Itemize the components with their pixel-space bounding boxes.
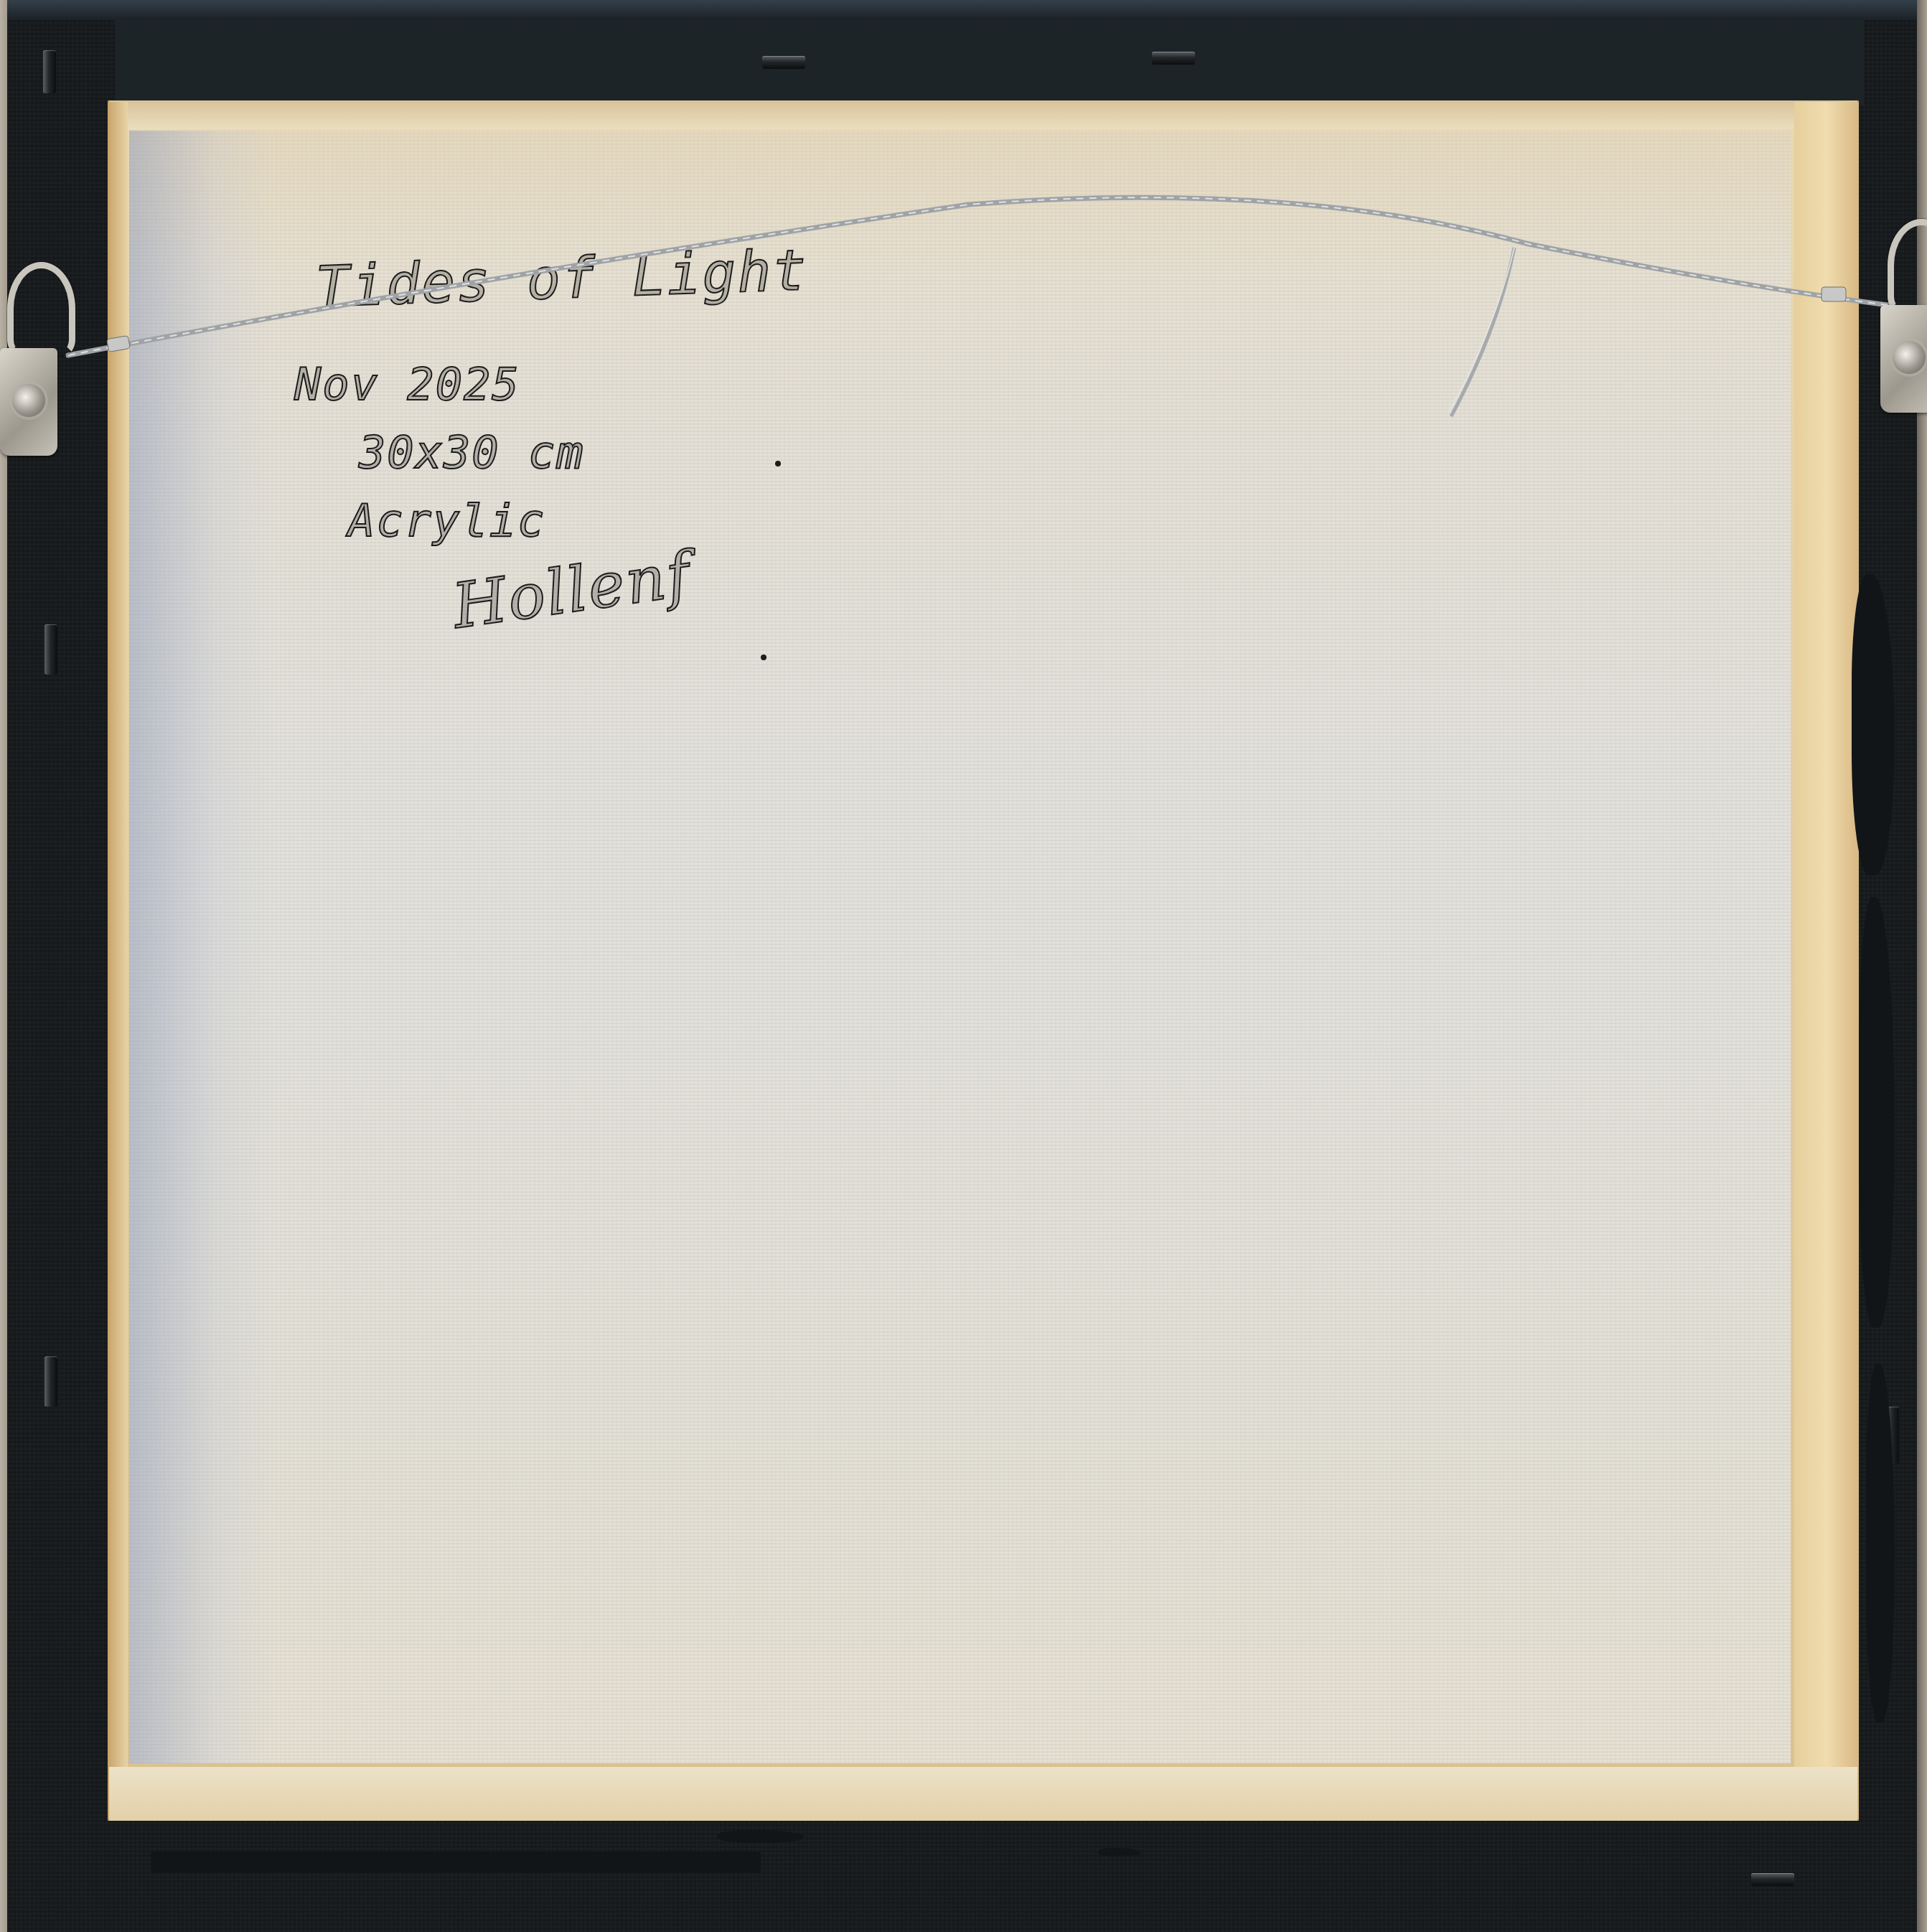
staple-icon bbox=[1152, 52, 1195, 65]
d-ring-hanger-left bbox=[0, 262, 86, 413]
staple-icon bbox=[44, 624, 57, 675]
frame-top-band bbox=[115, 20, 1864, 106]
stretcher-left-bar bbox=[108, 102, 128, 1819]
d-ring-icon bbox=[7, 262, 75, 355]
artwork-medium: Acrylic bbox=[348, 499, 545, 543]
paint-smear bbox=[718, 1830, 804, 1843]
screw-icon bbox=[12, 384, 45, 417]
ink-dot bbox=[775, 461, 781, 466]
artwork-title: Tides of Light bbox=[315, 243, 809, 316]
canvas-back-photo: Tides of Light Nov 2025 30x30 cm Acrylic… bbox=[0, 0, 1927, 1932]
stretcher-top-bar bbox=[109, 100, 1857, 129]
paint-smear bbox=[151, 1852, 761, 1873]
artwork-size: 30x30 cm bbox=[359, 431, 585, 475]
staple-icon bbox=[44, 1356, 57, 1407]
d-ring-hanger-right bbox=[1880, 219, 1927, 370]
stretcher-right-bar bbox=[1794, 102, 1859, 1819]
frame-top-sheen bbox=[7, 0, 1921, 20]
staple-icon bbox=[762, 56, 805, 69]
canvas-left-shadow bbox=[129, 131, 273, 1763]
ink-dot bbox=[761, 655, 766, 660]
staple-icon bbox=[1751, 1873, 1794, 1886]
stretcher-bottom-bar bbox=[109, 1767, 1857, 1821]
d-ring-icon bbox=[1888, 219, 1927, 312]
paint-smear bbox=[1098, 1848, 1141, 1857]
screw-icon bbox=[1893, 341, 1926, 374]
staple-icon bbox=[43, 50, 56, 93]
artwork-date: Nov 2025 bbox=[294, 362, 520, 407]
